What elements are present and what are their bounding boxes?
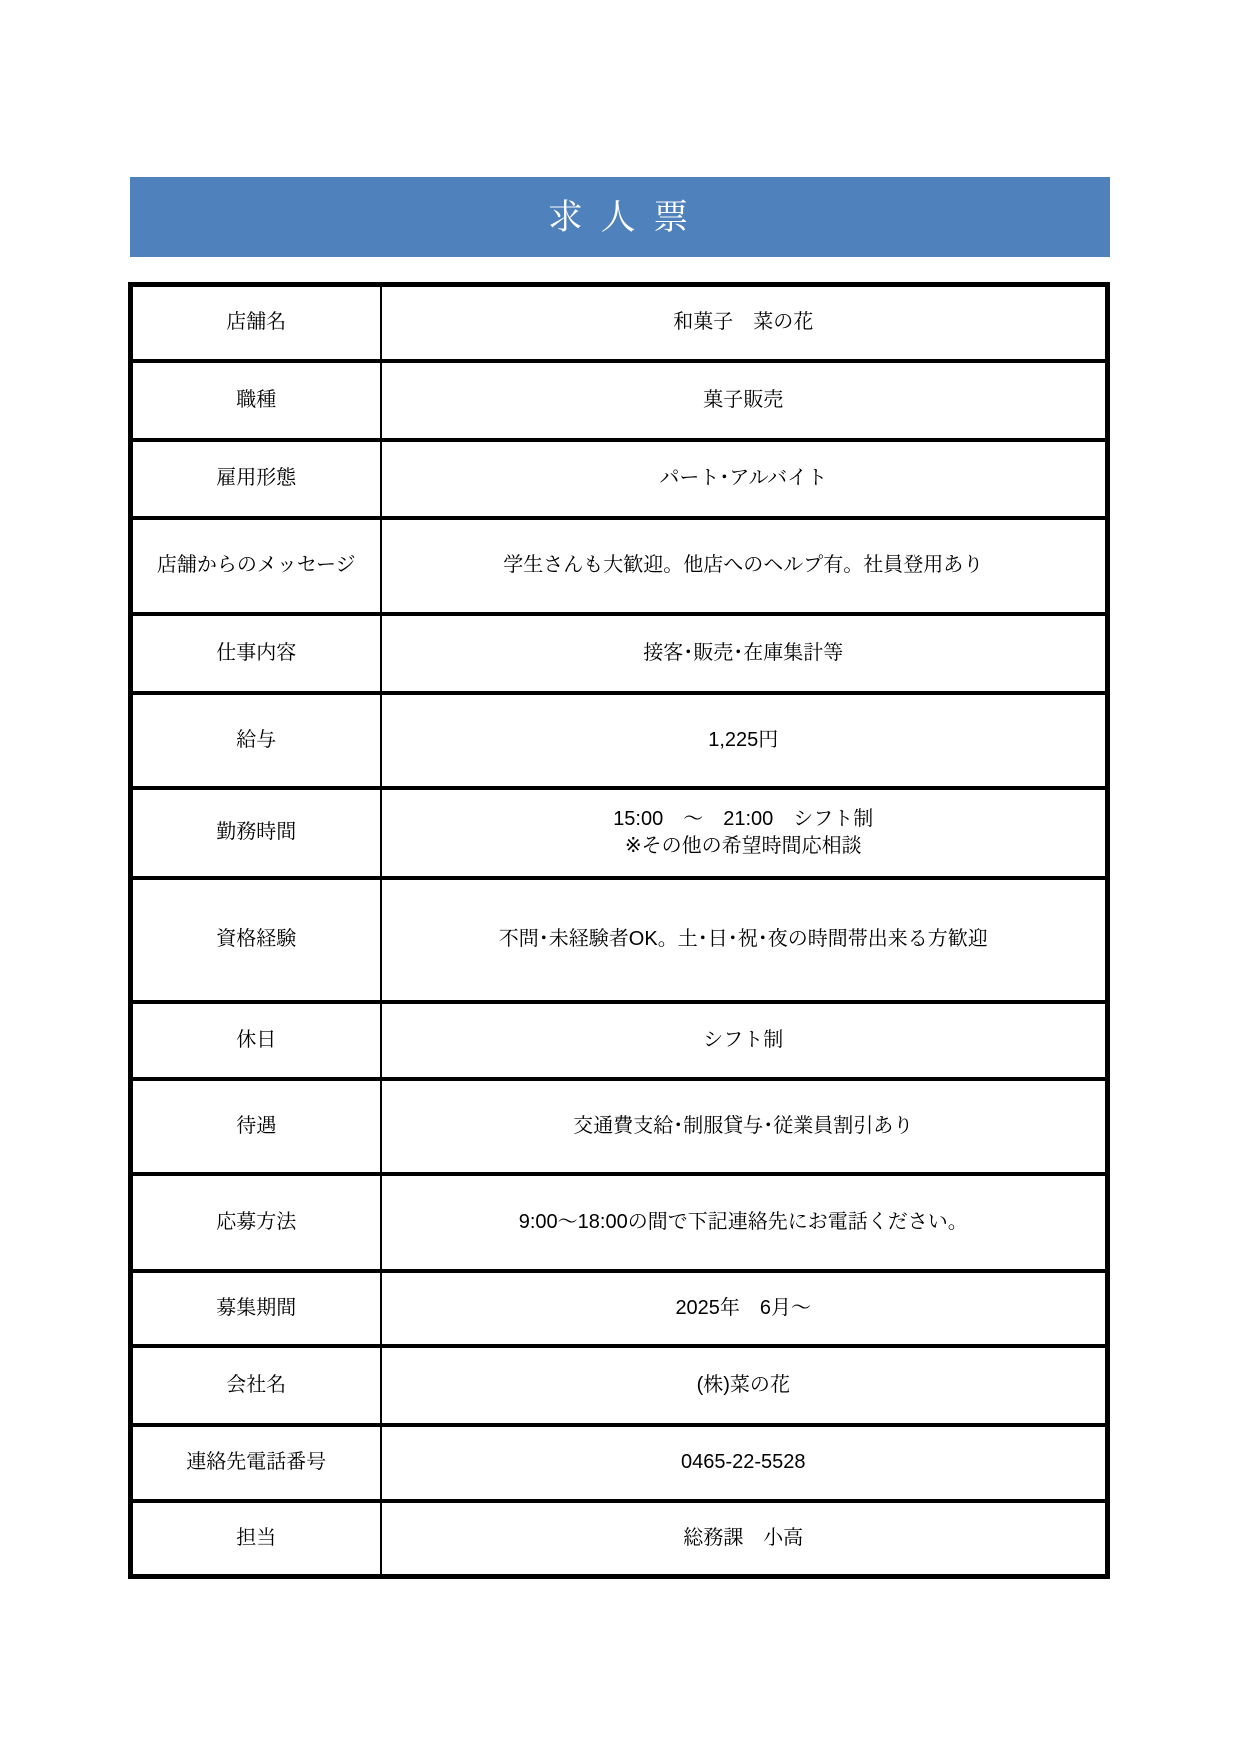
page-title-banner: 求 人 票 xyxy=(130,177,1110,257)
application-method-value: 9:00～18:00の間で下記連絡先にお電話ください。 xyxy=(381,1174,1108,1271)
working-hours-value: 15:00 ～ 21:00 シフト制 ※その他の希望時間応相談 xyxy=(381,788,1108,878)
row-working-hours: 勤務時間 15:00 ～ 21:00 シフト制 ※その他の希望時間応相談 xyxy=(131,788,1108,878)
benefits-value: 交通費支給･制服貸与･従業員割引あり xyxy=(381,1079,1108,1174)
row-holiday: 休日 シフト制 xyxy=(131,1002,1108,1079)
contact-person-label: 担当 xyxy=(131,1501,381,1577)
store-message-value: 学生さんも大歓迎。他店へのヘルプ有。社員登用あり xyxy=(381,518,1108,614)
shop-name-label: 店舗名 xyxy=(131,285,381,361)
recruitment-period-label: 募集期間 xyxy=(131,1271,381,1346)
application-method-label: 応募方法 xyxy=(131,1174,381,1271)
row-job-type: 職種 菓子販売 xyxy=(131,361,1108,440)
row-employment-type: 雇用形態 パート･アルバイト xyxy=(131,440,1108,518)
company-name-value: (株)菜の花 xyxy=(381,1346,1108,1425)
row-benefits: 待遇 交通費支給･制服貸与･従業員割引あり xyxy=(131,1079,1108,1174)
row-shop-name: 店舗名 和菓子 菜の花 xyxy=(131,285,1108,361)
company-name-label: 会社名 xyxy=(131,1346,381,1425)
row-company-name: 会社名 (株)菜の花 xyxy=(131,1346,1108,1425)
job-description-value: 接客･販売･在庫集計等 xyxy=(381,614,1108,693)
job-posting-table-body: 店舗名 和菓子 菜の花 職種 菓子販売 雇用形態 パート･アルバイト 店舗からの… xyxy=(131,285,1108,1577)
holiday-value: シフト制 xyxy=(381,1002,1108,1079)
job-description-label: 仕事内容 xyxy=(131,614,381,693)
benefits-label: 待遇 xyxy=(131,1079,381,1174)
qualifications-label: 資格経験 xyxy=(131,878,381,1002)
row-application-method: 応募方法 9:00～18:00の間で下記連絡先にお電話ください。 xyxy=(131,1174,1108,1271)
working-hours-label: 勤務時間 xyxy=(131,788,381,878)
job-posting-page: 求 人 票 店舗名 和菓子 菜の花 職種 菓子販売 雇用形態 パート･アルバイト… xyxy=(0,0,1240,1754)
employment-type-value: パート･アルバイト xyxy=(381,440,1108,518)
row-contact-person: 担当 総務課 小高 xyxy=(131,1501,1108,1577)
job-type-value: 菓子販売 xyxy=(381,361,1108,440)
row-store-message: 店舗からのメッセージ 学生さんも大歓迎。他店へのヘルプ有。社員登用あり xyxy=(131,518,1108,614)
recruitment-period-value: 2025年 6月～ xyxy=(381,1271,1108,1346)
row-salary: 給与 1,225円 xyxy=(131,693,1108,788)
contact-phone-label: 連絡先電話番号 xyxy=(131,1425,381,1501)
holiday-label: 休日 xyxy=(131,1002,381,1079)
qualifications-value: 不問･未経験者OK。土･日･祝･夜の時間帯出来る方歓迎 xyxy=(381,878,1108,1002)
salary-label: 給与 xyxy=(131,693,381,788)
employment-type-label: 雇用形態 xyxy=(131,440,381,518)
shop-name-value: 和菓子 菜の花 xyxy=(381,285,1108,361)
row-job-description: 仕事内容 接客･販売･在庫集計等 xyxy=(131,614,1108,693)
job-posting-table: 店舗名 和菓子 菜の花 職種 菓子販売 雇用形態 パート･アルバイト 店舗からの… xyxy=(128,282,1110,1579)
store-message-label: 店舗からのメッセージ xyxy=(131,518,381,614)
contact-phone-value: 0465-22-5528 xyxy=(381,1425,1108,1501)
salary-value: 1,225円 xyxy=(381,693,1108,788)
row-recruitment-period: 募集期間 2025年 6月～ xyxy=(131,1271,1108,1346)
job-type-label: 職種 xyxy=(131,361,381,440)
row-qualifications: 資格経験 不問･未経験者OK。土･日･祝･夜の時間帯出来る方歓迎 xyxy=(131,878,1108,1002)
page-title: 求 人 票 xyxy=(548,200,692,235)
row-contact-phone: 連絡先電話番号 0465-22-5528 xyxy=(131,1425,1108,1501)
contact-person-value: 総務課 小高 xyxy=(381,1501,1108,1577)
